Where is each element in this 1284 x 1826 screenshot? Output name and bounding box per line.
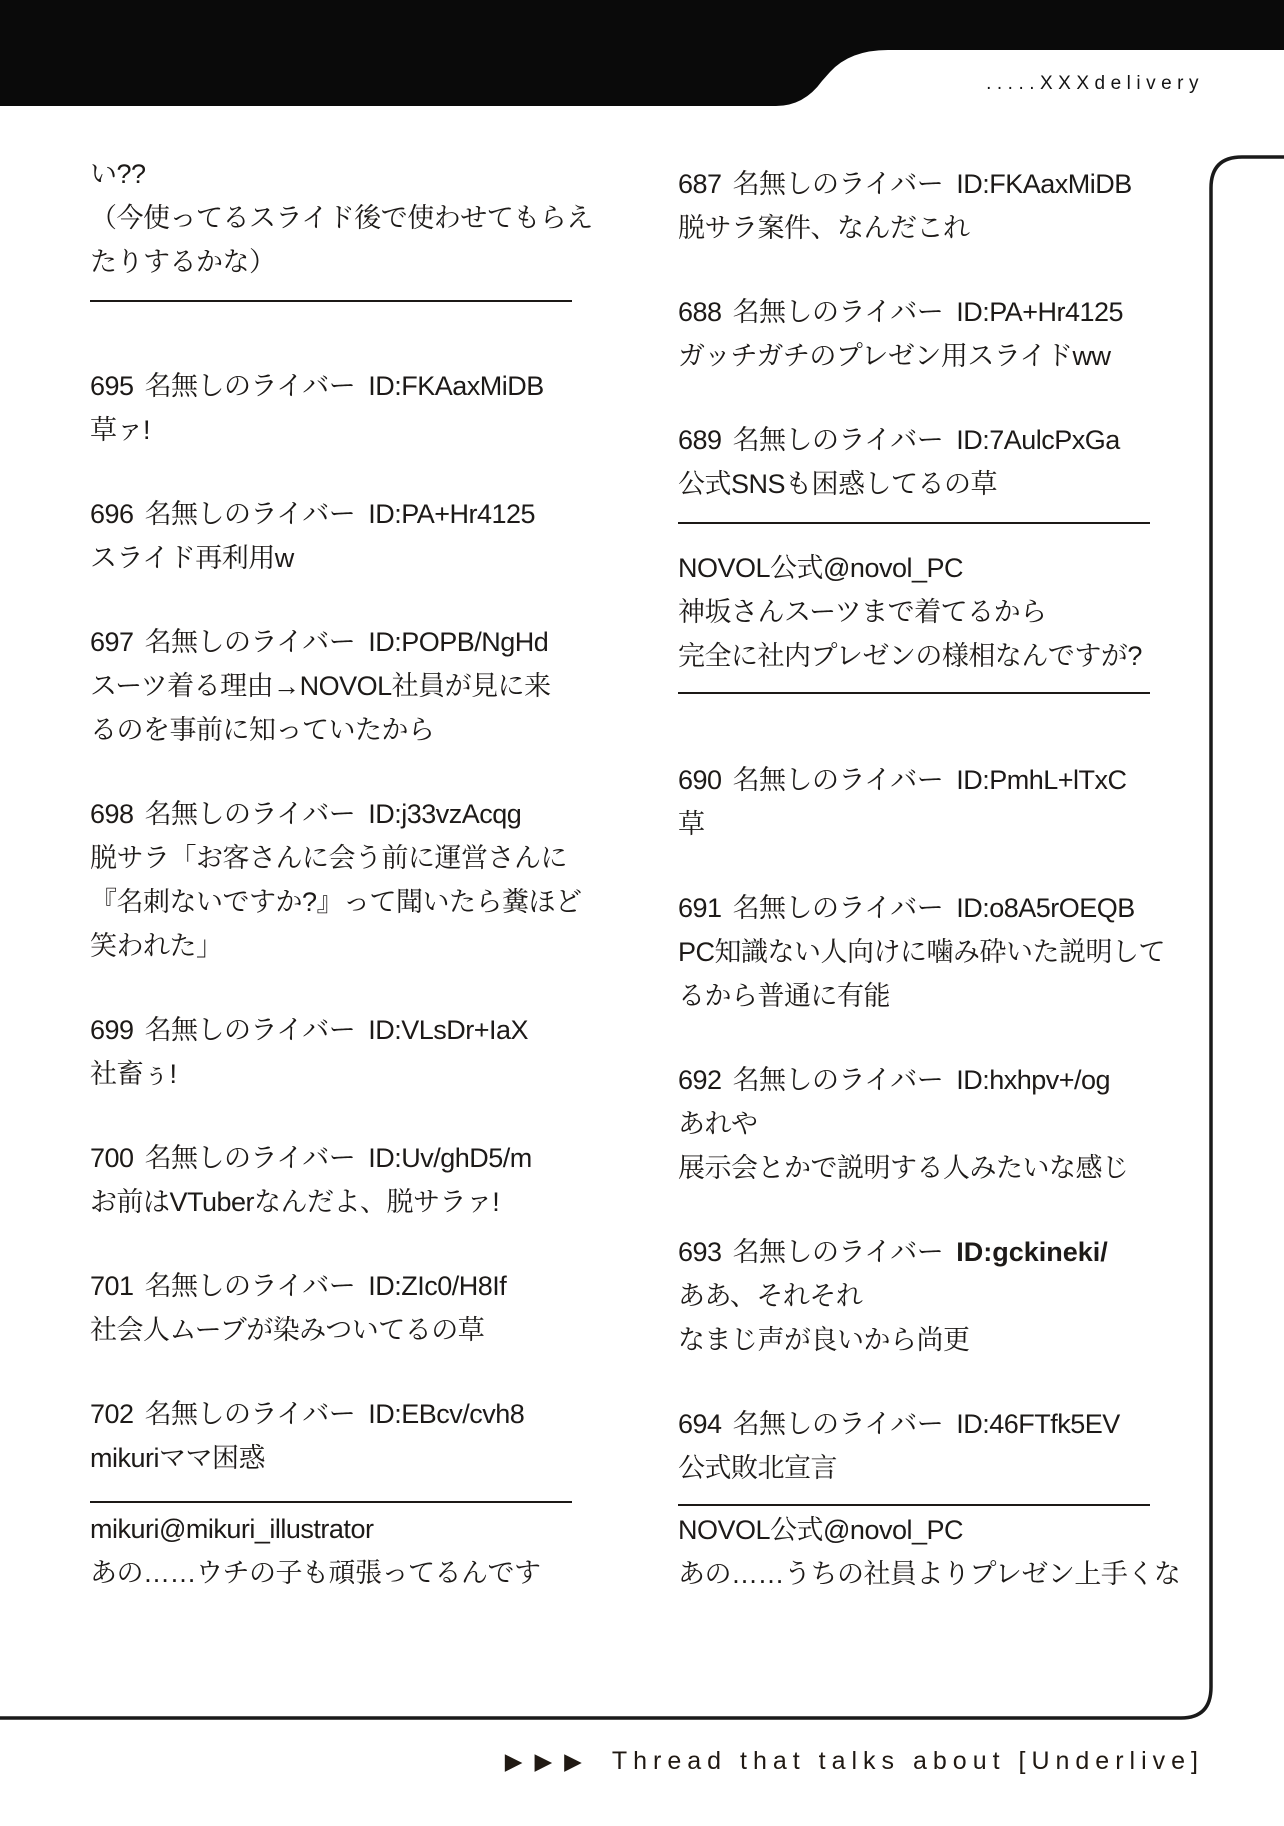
divider — [90, 300, 572, 302]
post-body-line: 草 — [678, 802, 1203, 846]
post-header: 694名無しのライバーID:46FTfk5EV — [678, 1402, 1203, 1446]
post-number: 698 — [90, 799, 134, 829]
post-id: ID:hxhpv+/og — [956, 1065, 1110, 1095]
post-header: 698名無しのライバーID:j33vzAcqg — [90, 792, 615, 836]
post-header: 687名無しのライバーID:FKAaxMiDB — [678, 162, 1203, 206]
post-author: 名無しのライバー — [145, 1271, 356, 1301]
post-number: 687 — [678, 169, 722, 199]
post-body-line: 脱サラ「お客さんに会う前に運営さんに — [90, 836, 615, 880]
post-id: ID:Uv/ghD5/m — [368, 1143, 532, 1173]
thread-post-702: 702名無しのライバーID:EBcv/cvh8 mikuriママ困惑 — [90, 1392, 615, 1480]
thread-post-701: 701名無しのライバーID:ZIc0/H8If 社会人ムーブが染みついてるの草 — [90, 1264, 615, 1352]
post-number: 699 — [90, 1015, 134, 1045]
divider — [678, 522, 1150, 524]
thread-post-691: 691名無しのライバーID:o8A5rOEQB PC知識ない人向けに噛み砕いた説… — [678, 886, 1203, 1018]
thread-post-700: 700名無しのライバーID:Uv/ghD5/m お前はVTuberなんだよ、脱サ… — [90, 1136, 615, 1224]
post-body-line: mikuriママ困惑 — [90, 1436, 615, 1480]
post-number: 697 — [90, 627, 134, 657]
quote-line: あの……うちの社員よりプレゼン上手くな — [678, 1552, 1203, 1596]
post-body-line: PC知識ない人向けに噛み砕いた説明して — [678, 930, 1203, 974]
post-body-line: あれや — [678, 1102, 1203, 1146]
post-header: 696名無しのライバーID:PA+Hr4125 — [90, 492, 615, 536]
post-body-line: なまじ声が良いから尚更 — [678, 1318, 1203, 1362]
post-number: 693 — [678, 1237, 722, 1267]
post-header: 689名無しのライバーID:7AulcPxGa — [678, 418, 1203, 462]
post-author: 名無しのライバー — [145, 1399, 356, 1429]
post-id: ID:j33vzAcqg — [368, 799, 521, 829]
post-author: 名無しのライバー — [733, 1065, 944, 1095]
post-header: 699名無しのライバーID:VLsDr+IaX — [90, 1008, 615, 1052]
brand-text: .....XXXdelivery — [986, 74, 1204, 93]
quoted-tweet-novol-2: NOVOL公式@novol_PC あの……うちの社員よりプレゼン上手くな — [678, 1508, 1203, 1596]
post-author: 名無しのライバー — [145, 1015, 356, 1045]
footer-title: Thread that talks about [Underlive] — [612, 1747, 1204, 1775]
post-body-line: 脱サラ案件、なんだこれ — [678, 206, 1203, 250]
post-id: ID:46FTfk5EV — [956, 1409, 1120, 1439]
post-id: ID:VLsDr+IaX — [368, 1015, 528, 1045]
thread-column-left: い?? （今使ってるスライド後で使わせてもらえ たりするかな） 695名無しのラ… — [90, 152, 615, 1595]
post-body-line: ガッチガチのプレゼン用スライドww — [678, 334, 1203, 378]
post-header: 690名無しのライバーID:PmhL+lTxC — [678, 758, 1203, 802]
post-header: 702名無しのライバーID:EBcv/cvh8 — [90, 1392, 615, 1436]
post-number: 702 — [90, 1399, 134, 1429]
post-body-line: るから普通に有能 — [678, 974, 1203, 1018]
post-number: 701 — [90, 1271, 134, 1301]
post-body-line: るのを事前に知っていたから — [90, 708, 615, 752]
post-header: 693名無しのライバーID:gckineki/ — [678, 1230, 1203, 1274]
post-id: ID:PA+Hr4125 — [956, 297, 1123, 327]
post-id: ID:7AulcPxGa — [956, 425, 1120, 455]
post-body-line: （今使ってるスライド後で使わせてもらえ — [90, 196, 615, 240]
post-body-line: 展示会とかで説明する人みたいな感じ — [678, 1146, 1203, 1190]
post-id: ID:PmhL+lTxC — [956, 765, 1126, 795]
thread-post-693: 693名無しのライバーID:gckineki/ ああ、それそれ なまじ声が良いか… — [678, 1230, 1203, 1362]
post-id: ID:POPB/NgHd — [368, 627, 548, 657]
divider — [678, 692, 1150, 694]
post-header: 697名無しのライバーID:POPB/NgHd — [90, 620, 615, 664]
post-id: ID:ZIc0/H8If — [368, 1271, 506, 1301]
post-header: 700名無しのライバーID:Uv/ghD5/m — [90, 1136, 615, 1180]
post-body-line: スライド再利用w — [90, 536, 615, 580]
post-number: 692 — [678, 1065, 722, 1095]
quote-handle: NOVOL公式@novol_PC — [678, 546, 1203, 590]
post-number: 695 — [90, 371, 134, 401]
post-id: ID:PA+Hr4125 — [368, 499, 535, 529]
post-author: 名無しのライバー — [733, 297, 944, 327]
post-author: 名無しのライバー — [145, 1143, 356, 1173]
post-id: ID:o8A5rOEQB — [956, 893, 1135, 923]
thread-post-689: 689名無しのライバーID:7AulcPxGa 公式SNSも困惑してるの草 — [678, 418, 1203, 506]
post-author: 名無しのライバー — [733, 425, 944, 455]
post-id: ID:gckineki/ — [956, 1237, 1108, 1267]
quote-line: 神坂さんスーツまで着てるから — [678, 590, 1203, 634]
thread-post-692: 692名無しのライバーID:hxhpv+/og あれや 展示会とかで説明する人み… — [678, 1058, 1203, 1190]
forward-arrows-icon: ▶▶▶ — [505, 1748, 594, 1774]
post-body-line: い?? — [90, 152, 615, 196]
post-number: 700 — [90, 1143, 134, 1173]
page: .....XXXdelivery い?? （今使ってるスライド後で使わせてもらえ… — [0, 0, 1284, 1826]
post-body-line: ああ、それそれ — [678, 1274, 1203, 1318]
quote-handle: mikuri@mikuri_illustrator — [90, 1507, 615, 1551]
thread-post-696: 696名無しのライバーID:PA+Hr4125 スライド再利用w — [90, 492, 615, 580]
thread-post-699: 699名無しのライバーID:VLsDr+IaX 社畜ぅ! — [90, 1008, 615, 1096]
post-body-line: 社会人ムーブが染みついてるの草 — [90, 1308, 615, 1352]
post-author: 名無しのライバー — [733, 765, 944, 795]
post-number: 688 — [678, 297, 722, 327]
quote-handle: NOVOL公式@novol_PC — [678, 1508, 1203, 1552]
quote-line: 完全に社内プレゼンの様相なんですが? — [678, 634, 1203, 678]
post-id: ID:FKAaxMiDB — [956, 169, 1132, 199]
post-author: 名無しのライバー — [733, 169, 944, 199]
quote-line: あの……ウチの子も頑張ってるんです — [90, 1551, 615, 1595]
post-body-line: スーツ着る理由→NOVOL社員が見に来 — [90, 664, 615, 708]
thread-post-688: 688名無しのライバーID:PA+Hr4125 ガッチガチのプレゼン用スライドw… — [678, 290, 1203, 378]
post-author: 名無しのライバー — [145, 499, 356, 529]
post-author: 名無しのライバー — [145, 799, 356, 829]
post-id: ID:EBcv/cvh8 — [368, 1399, 524, 1429]
post-header: 688名無しのライバーID:PA+Hr4125 — [678, 290, 1203, 334]
post-author: 名無しのライバー — [145, 371, 356, 401]
footer-caption: ▶▶▶Thread that talks about [Underlive] — [505, 1747, 1204, 1776]
post-number: 691 — [678, 893, 722, 923]
post-author: 名無しのライバー — [733, 1409, 944, 1439]
post-header: 691名無しのライバーID:o8A5rOEQB — [678, 886, 1203, 930]
post-header: 701名無しのライバーID:ZIc0/H8If — [90, 1264, 615, 1308]
post-body-line: 社畜ぅ! — [90, 1052, 615, 1096]
thread-post-690: 690名無しのライバーID:PmhL+lTxC 草 — [678, 758, 1203, 846]
post-number: 696 — [90, 499, 134, 529]
post-body-line: お前はVTuberなんだよ、脱サラァ! — [90, 1180, 615, 1224]
post-author: 名無しのライバー — [733, 893, 944, 923]
post-id: ID:FKAaxMiDB — [368, 371, 544, 401]
post-header: 695名無しのライバーID:FKAaxMiDB — [90, 364, 615, 408]
post-author: 名無しのライバー — [145, 627, 356, 657]
post-number: 689 — [678, 425, 722, 455]
post-body-line: 草ァ! — [90, 408, 615, 452]
post-number: 694 — [678, 1409, 722, 1439]
post-body-line: 公式SNSも困惑してるの草 — [678, 462, 1203, 506]
divider — [90, 1501, 572, 1503]
thread-post-698: 698名無しのライバーID:j33vzAcqg 脱サラ「お客さんに会う前に運営さ… — [90, 792, 615, 968]
thread-column-right: 687名無しのライバーID:FKAaxMiDB 脱サラ案件、なんだこれ 688名… — [678, 162, 1203, 1596]
quoted-tweet-mikuri: mikuri@mikuri_illustrator あの……ウチの子も頑張ってる… — [90, 1507, 615, 1595]
post-body-line: 笑われた」 — [90, 924, 615, 968]
post-header: 692名無しのライバーID:hxhpv+/og — [678, 1058, 1203, 1102]
post-number: 690 — [678, 765, 722, 795]
post-body-line: たりするかな） — [90, 240, 615, 284]
thread-post-695: 695名無しのライバーID:FKAaxMiDB 草ァ! — [90, 364, 615, 452]
post-body-line: 公式敗北宣言 — [678, 1446, 1203, 1490]
post-body-line: 『名刺ないですか?』って聞いたら糞ほど — [90, 880, 615, 924]
divider — [678, 1504, 1150, 1506]
thread-post-694: 694名無しのライバーID:46FTfk5EV 公式敗北宣言 — [678, 1402, 1203, 1490]
thread-post-697: 697名無しのライバーID:POPB/NgHd スーツ着る理由→NOVOL社員が… — [90, 620, 615, 752]
thread-post-687: 687名無しのライバーID:FKAaxMiDB 脱サラ案件、なんだこれ — [678, 162, 1203, 250]
post-author: 名無しのライバー — [733, 1237, 944, 1267]
continuation-post: い?? （今使ってるスライド後で使わせてもらえ たりするかな） — [90, 152, 615, 284]
quoted-tweet-novol-1: NOVOL公式@novol_PC 神坂さんスーツまで着てるから 完全に社内プレゼ… — [678, 546, 1203, 678]
